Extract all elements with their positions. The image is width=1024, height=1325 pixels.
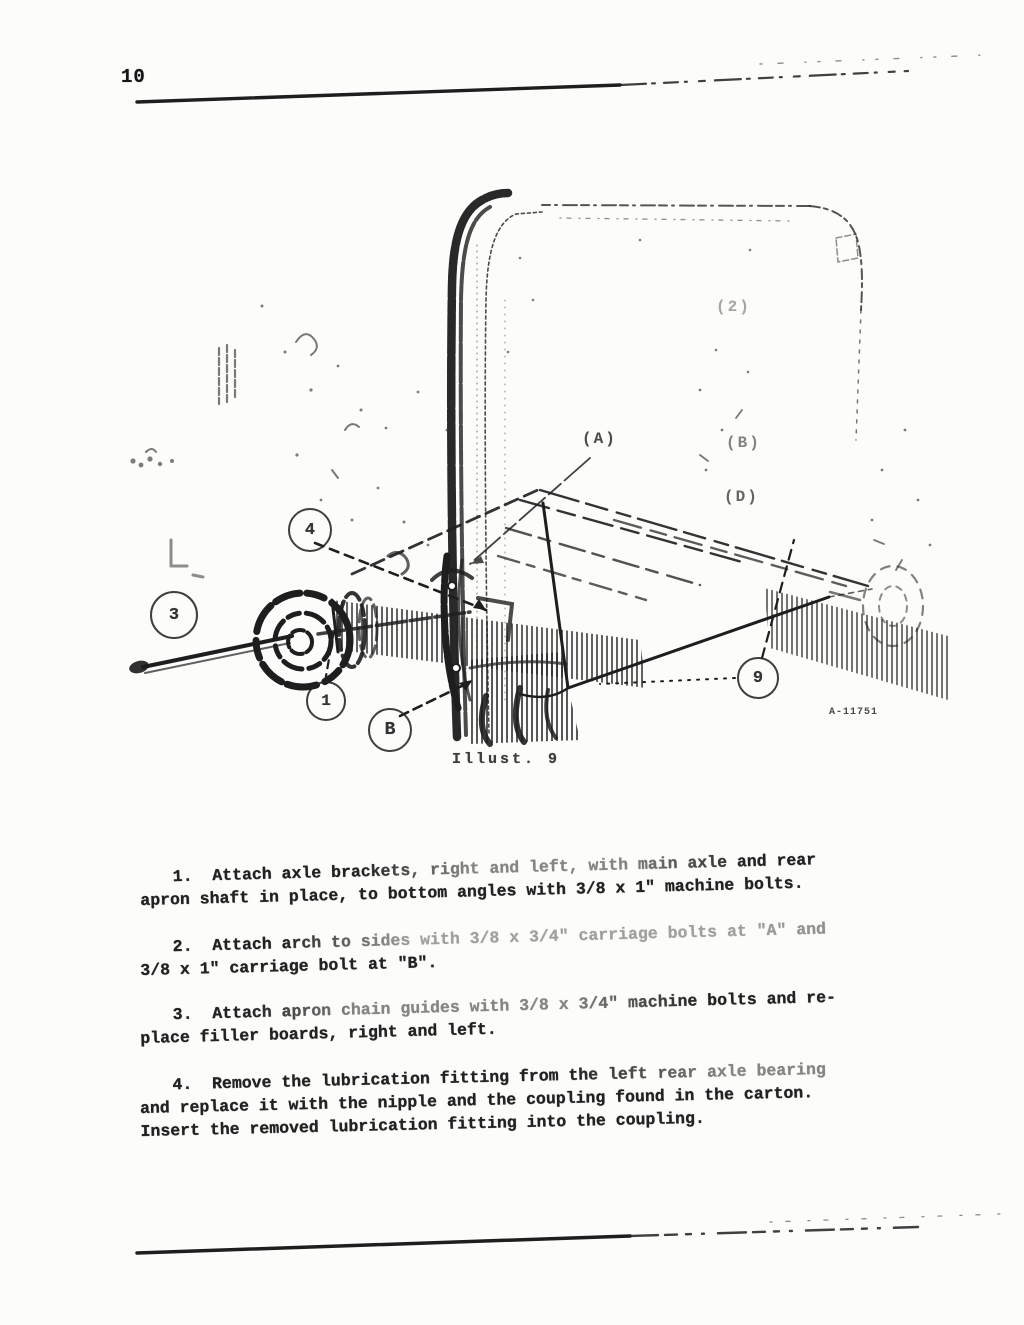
figure-caption: Illust. 9 [452, 751, 560, 768]
callout-circle-3: 3 [150, 591, 198, 639]
header-rule [137, 55, 985, 102]
page-number: 10 [121, 66, 146, 88]
scanned-manual-page: 10 3 4 1 B 9 (2) (A) (B) (D) A-11751 Ill… [0, 0, 1024, 1325]
scan-noise [130, 239, 931, 577]
figure-photo-code: A-11751 [829, 707, 878, 718]
floor-slats [352, 489, 868, 600]
figure-label-B: (B) [726, 434, 761, 452]
figure-label-D: (D) [724, 488, 759, 506]
callout-circle-9: 9 [737, 657, 779, 699]
footer-rule [137, 1214, 1000, 1253]
figure-label-2: (2) [716, 298, 751, 316]
figure-label-A: (A) [582, 430, 617, 448]
callout-circle-1: 1 [306, 681, 346, 721]
callout-circle-B: B [368, 708, 412, 752]
hatched-boards [332, 588, 948, 700]
callout-circle-4: 4 [288, 508, 332, 552]
